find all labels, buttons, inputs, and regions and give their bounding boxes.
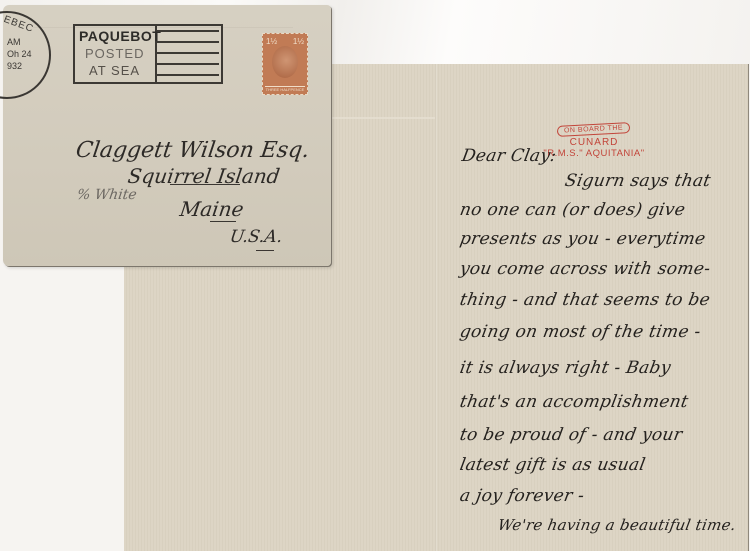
underline: [210, 221, 236, 222]
letter-line: presents as you - everytime: [458, 229, 750, 249]
postmark-city: EBEC: [2, 14, 35, 35]
stamp-denomination: THREE HALFPENCE: [265, 86, 305, 92]
underline: [170, 184, 240, 185]
cancel-line-1: PAQUEBOT: [79, 28, 161, 44]
letter-line: no one can (or does) give: [458, 200, 750, 220]
letter-line: We're having a beautiful time.: [496, 516, 750, 534]
address-name: Claggett Wilson Esq.: [74, 138, 311, 163]
stamp-value-left: 1½: [266, 37, 277, 46]
letter-line: to be proud of - and your: [458, 425, 750, 445]
postmark-year: 932: [7, 61, 22, 71]
paquebot-cancel: PAQUEBOT POSTED AT SEA: [73, 24, 223, 84]
postmark-date: Oh 24: [7, 49, 32, 59]
cancel-bar: [157, 63, 219, 65]
letterhead-banner: ON BOARD THE: [557, 122, 631, 137]
letter-line: it is always right - Baby: [458, 358, 750, 378]
address-country: U.S.A.: [229, 227, 284, 247]
letter-line: Dear Clay:: [460, 146, 750, 166]
letter-line: that's an accomplishment: [458, 392, 750, 412]
postage-stamp: 1½ 1½ THREE HALFPENCE: [262, 33, 308, 95]
cancel-line-3: AT SEA: [89, 63, 140, 78]
cancel-bar: [157, 74, 219, 76]
letter-line: going on most of the time -: [458, 322, 750, 342]
letter-line: a joy forever -: [458, 486, 750, 506]
king-portrait-icon: [272, 46, 298, 78]
letter-line: Sigurn says that: [563, 171, 750, 191]
letter-fold-vertical: [435, 64, 437, 551]
cancel-bar: [157, 52, 219, 54]
letter-line: latest gift is as usual: [458, 455, 750, 475]
address-care-of: % White: [76, 187, 138, 203]
postmark-time: AM: [7, 37, 21, 47]
cancel-bar: [157, 41, 219, 43]
cancel-line-2: POSTED: [85, 46, 144, 61]
letter-line: you come across with some-: [458, 259, 750, 279]
address-state: Maine: [178, 197, 245, 221]
cancel-bar: [157, 30, 219, 32]
underline: [256, 250, 274, 251]
stamp-value-right: 1½: [293, 37, 304, 46]
letter-line: thing - and that seems to be: [458, 290, 750, 310]
